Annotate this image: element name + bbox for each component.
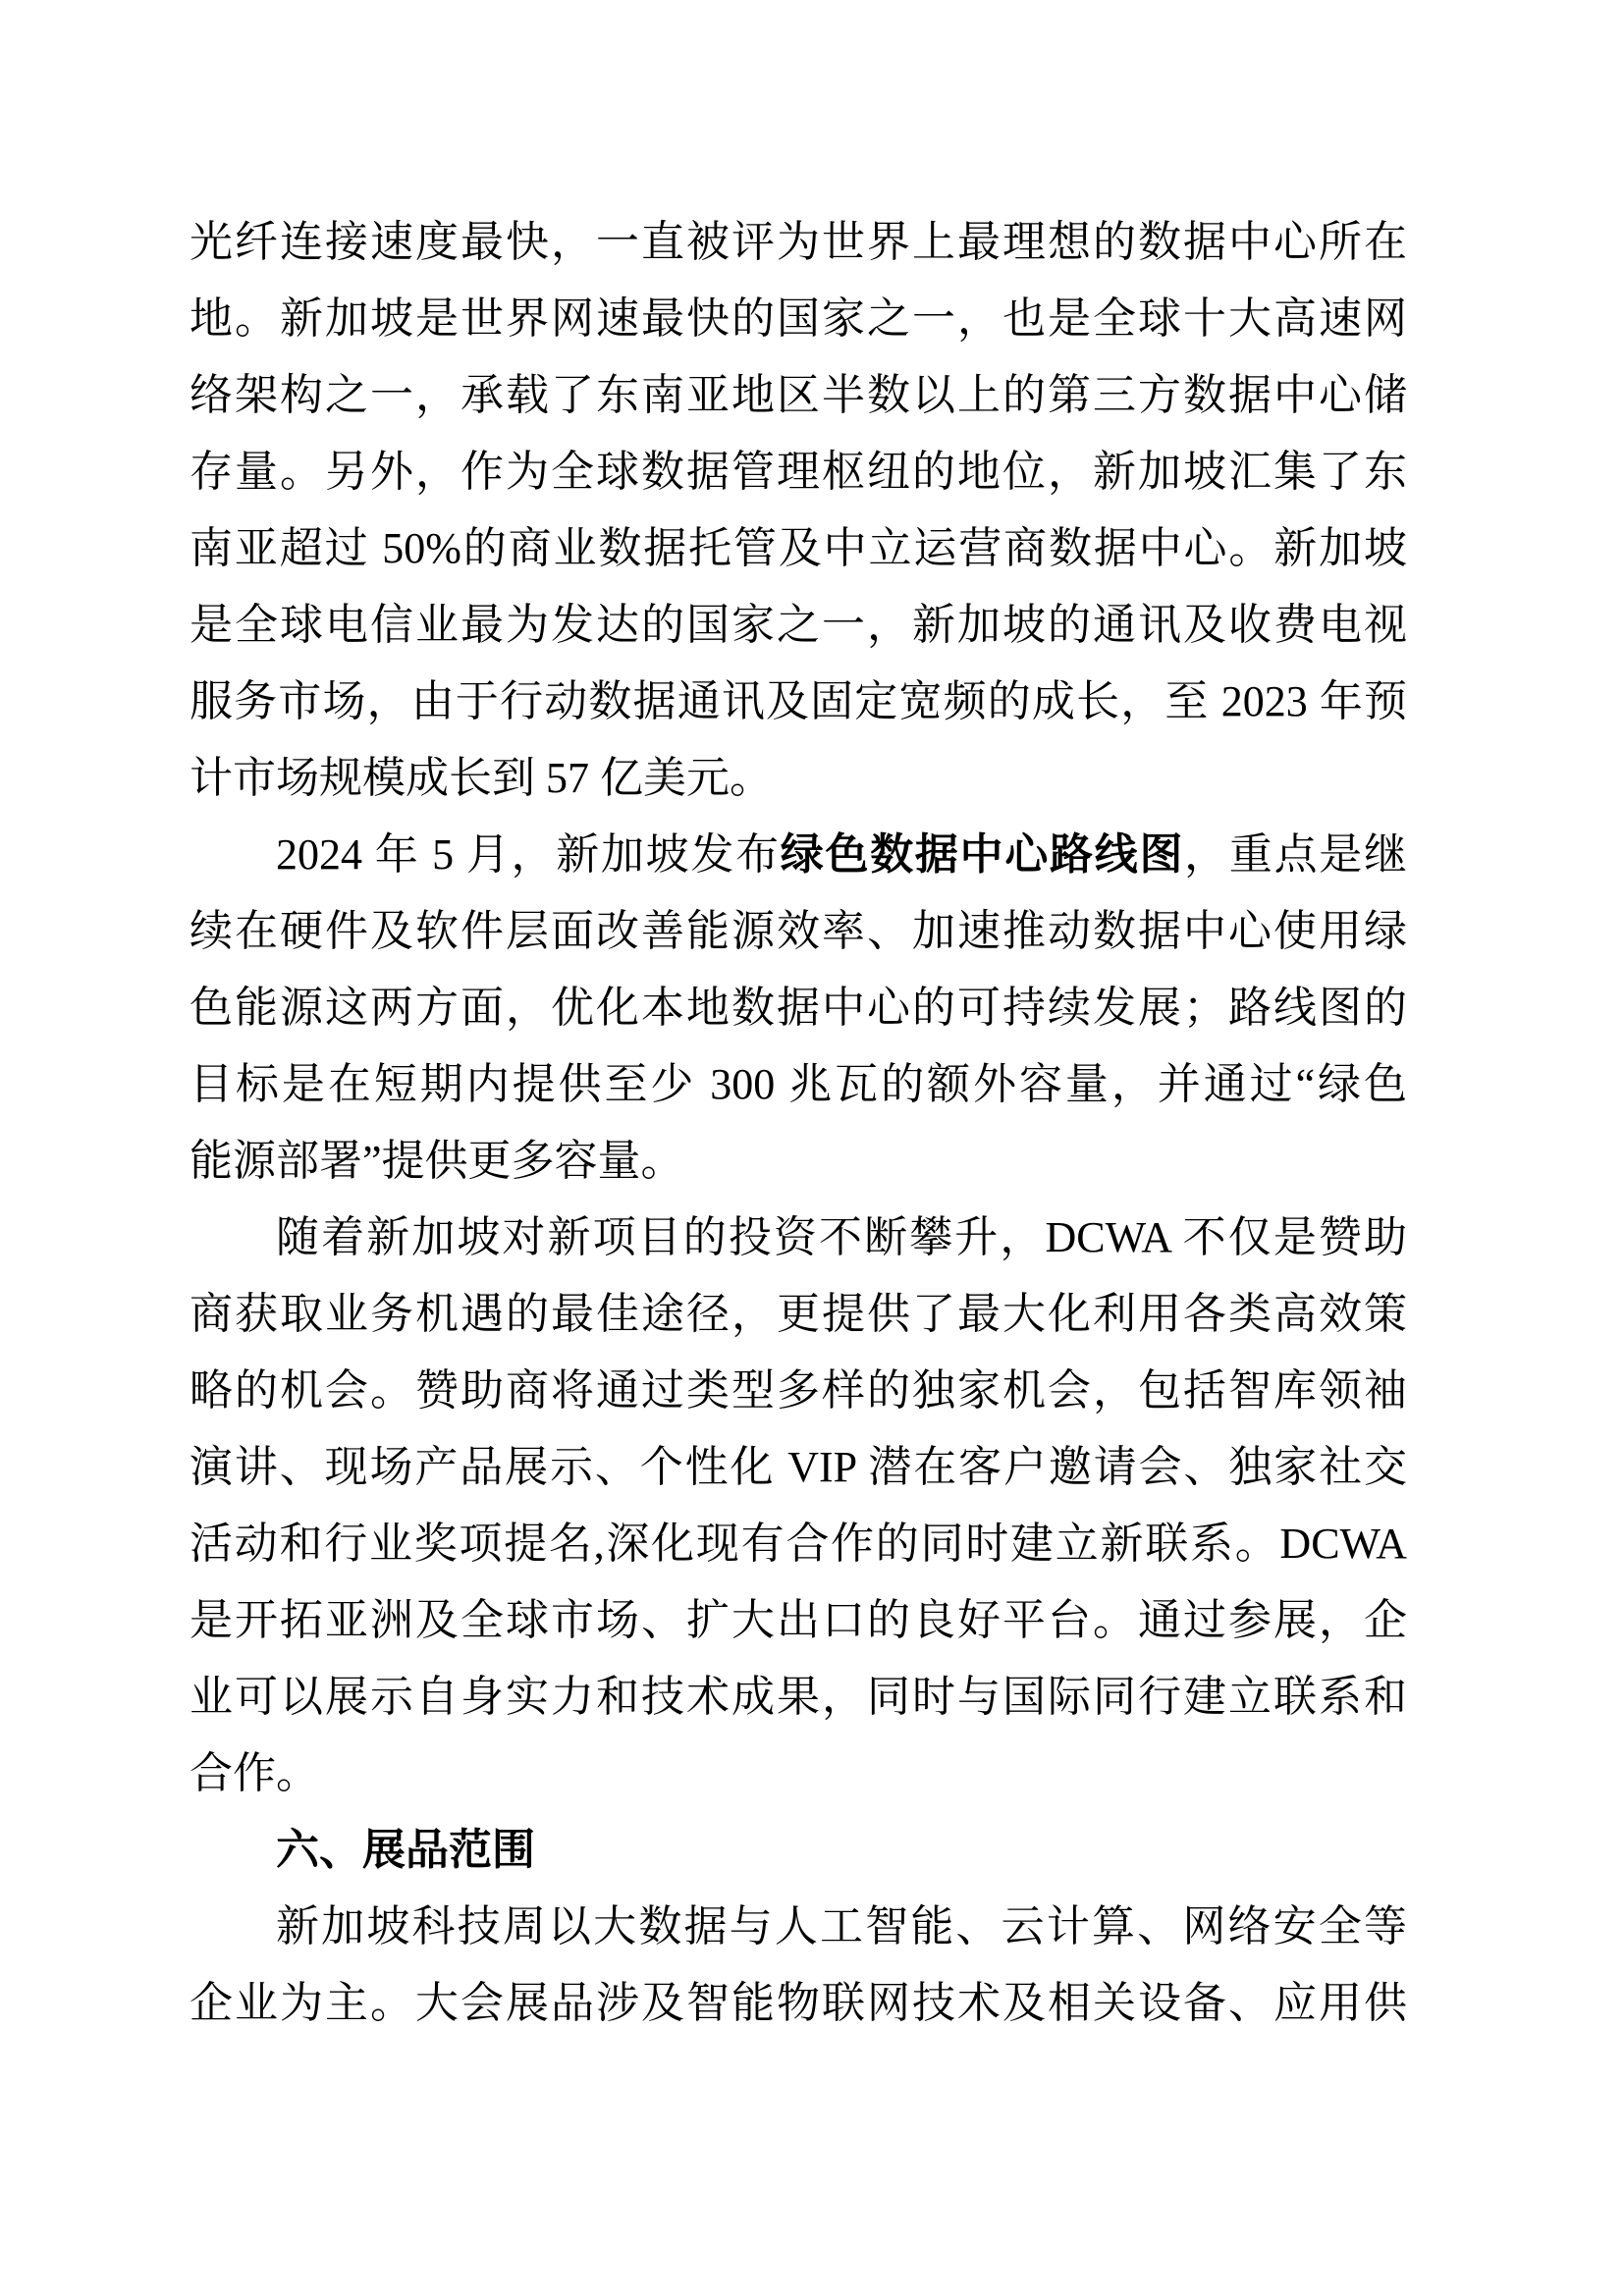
text-line: 服务市场，由于行动数据通讯及固定宽频的成长，至 2023 年预: [189, 664, 1407, 740]
text-run: 存量。另外，作为全球数据管理枢纽的地位，新加坡汇集了东: [189, 448, 1407, 496]
text-run: 目标是在短期内提供至少 300 兆瓦的额外容量，并通过“绿色: [189, 1060, 1407, 1108]
text-line: 新加坡科技周以大数据与人工智能、云计算、网络安全等: [189, 1889, 1407, 1965]
text-line: 计市场规模成长到 57 亿美元。: [189, 740, 1407, 817]
text-line: 略的机会。赞助商将通过类型多样的独家机会，包括智库领袖: [189, 1353, 1407, 1429]
text-run: 能源部署”提供更多容量。: [189, 1137, 684, 1185]
text-run: 色能源这两方面，优化本地数据中心的可持续发展；路线图的: [189, 984, 1407, 1032]
text-line: 络架构之一，承载了东南亚地区半数以上的第三方数据中心储: [189, 357, 1407, 434]
text-run: 续在硬件及软件层面改善能源效率、加速推动数据中心使用绿: [189, 907, 1407, 955]
text-line: 商获取业务机遇的最佳途径，更提供了最大化利用各类高效策: [189, 1276, 1407, 1353]
text-line: 2024 年 5 月，新加坡发布绿色数据中心路线图，重点是继: [189, 817, 1407, 893]
text-run: 光纤连接速度最快，一直被评为世界上最理想的数据中心所在: [189, 218, 1407, 266]
text-line: 合作。: [189, 1735, 1407, 1812]
section-heading: 六、展品范围: [189, 1812, 1407, 1889]
text-line: 光纤连接速度最快，一直被评为世界上最理想的数据中心所在: [189, 204, 1407, 281]
text-block: 光纤连接速度最快，一直被评为世界上最理想的数据中心所在地。新加坡是世界网速最快的…: [189, 204, 1407, 2042]
text-line: 随着新加坡对新项目的投资不断攀升，DCWA 不仅是赞助: [189, 1200, 1407, 1276]
text-run: 络架构之一，承载了东南亚地区半数以上的第三方数据中心储: [189, 371, 1407, 419]
text-line: 是全球电信业最为发达的国家之一，新加坡的通讯及收费电视: [189, 587, 1407, 664]
text-line: 活动和行业奖项提名,深化现有合作的同时建立新联系。DCWA: [189, 1506, 1407, 1582]
text-line: 是开拓亚洲及全球市场、扩大出口的良好平台。通过参展，企: [189, 1582, 1407, 1659]
text-run: 活动和行业奖项提名,深化现有合作的同时建立新联系。DCWA: [189, 1520, 1407, 1568]
text-run: 服务市场，由于行动数据通讯及固定宽频的成长，至 2023 年预: [189, 677, 1407, 725]
text-run: 新加坡科技周以大数据与人工智能、云计算、网络安全等: [276, 1902, 1407, 1950]
text-run: 演讲、现场产品展示、个性化 VIP 潜在客户邀请会、独家社交: [189, 1443, 1407, 1491]
text-run: 计市场规模成长到 57 亿美元。: [189, 754, 773, 802]
text-run: 略的机会。赞助商将通过类型多样的独家机会，包括智库领袖: [189, 1366, 1407, 1415]
text-run: 业可以展示自身实力和技术成果，同时与国际同行建立联系和: [189, 1673, 1407, 1721]
text-line: 色能源这两方面，优化本地数据中心的可持续发展；路线图的: [189, 970, 1407, 1046]
text-line: 存量。另外，作为全球数据管理枢纽的地位，新加坡汇集了东: [189, 434, 1407, 510]
text-run: ，重点是继: [1184, 830, 1407, 879]
bold-text-run: 绿色数据中心路线图: [781, 830, 1184, 879]
text-run: 南亚超过 50%的商业数据托管及中立运营商数据中心。新加坡: [189, 524, 1407, 572]
text-line: 目标是在短期内提供至少 300 兆瓦的额外容量，并通过“绿色: [189, 1046, 1407, 1123]
text-run: 企业为主。大会展品涉及智能物联网技术及相关设备、应用供: [189, 1979, 1407, 2027]
text-line: 业可以展示自身实力和技术成果，同时与国际同行建立联系和: [189, 1659, 1407, 1735]
text-run: 合作。: [189, 1749, 319, 1797]
text-line: 演讲、现场产品展示、个性化 VIP 潜在客户邀请会、独家社交: [189, 1429, 1407, 1506]
text-line: 企业为主。大会展品涉及智能物联网技术及相关设备、应用供: [189, 1965, 1407, 2042]
text-run: 随着新加坡对新项目的投资不断攀升，DCWA 不仅是赞助: [276, 1213, 1407, 1261]
text-line: 续在硬件及软件层面改善能源效率、加速推动数据中心使用绿: [189, 893, 1407, 970]
bold-text-run: 六、展品范围: [276, 1826, 535, 1874]
text-run: 是开拓亚洲及全球市场、扩大出口的良好平台。通过参展，企: [189, 1596, 1407, 1644]
text-run: 2024 年 5 月，新加坡发布: [276, 830, 781, 879]
text-line: 地。新加坡是世界网速最快的国家之一，也是全球十大高速网: [189, 281, 1407, 357]
text-run: 是全球电信业最为发达的国家之一，新加坡的通讯及收费电视: [189, 601, 1407, 649]
text-line: 南亚超过 50%的商业数据托管及中立运营商数据中心。新加坡: [189, 510, 1407, 587]
text-run: 商获取业务机遇的最佳途径，更提供了最大化利用各类高效策: [189, 1290, 1407, 1338]
text-run: 地。新加坡是世界网速最快的国家之一，也是全球十大高速网: [189, 294, 1407, 343]
document-page: 光纤连接速度最快，一直被评为世界上最理想的数据中心所在地。新加坡是世界网速最快的…: [0, 0, 1624, 2296]
text-line: 能源部署”提供更多容量。: [189, 1123, 1407, 1200]
